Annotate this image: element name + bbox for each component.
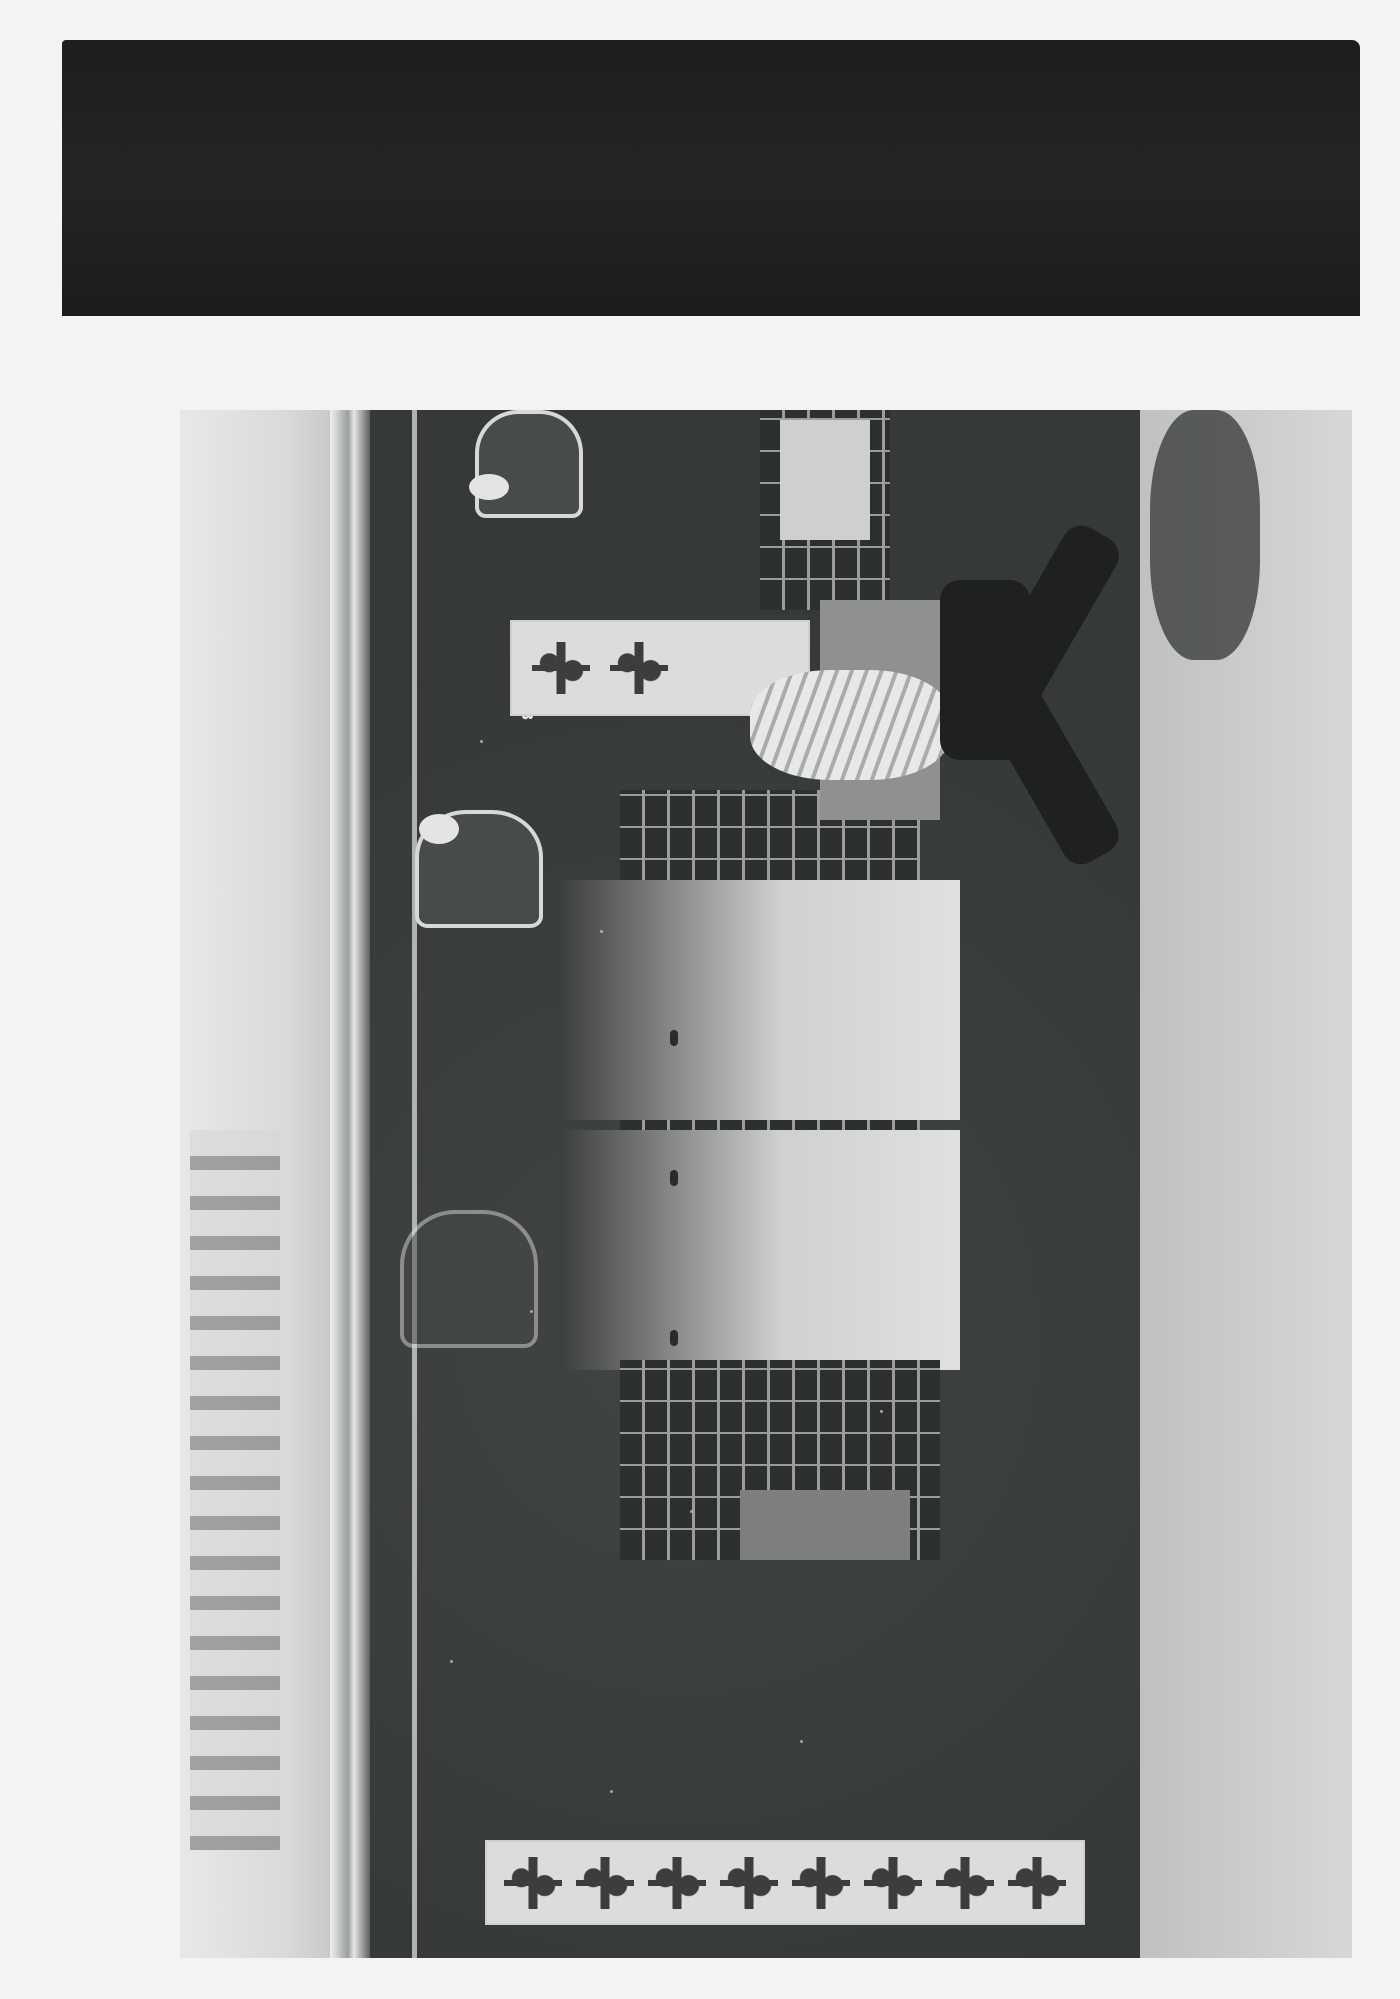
banner-glyph <box>936 1857 994 1909</box>
door-knob <box>670 1330 678 1346</box>
railing <box>190 1130 280 1850</box>
banner-glyph <box>720 1857 778 1909</box>
double-door <box>560 1130 960 1370</box>
door <box>560 880 960 1120</box>
banner-glyph <box>864 1857 922 1909</box>
banner-glyph <box>504 1857 562 1909</box>
window-top <box>780 420 870 540</box>
lantern-lower <box>400 1210 538 1348</box>
banner-glyph <box>532 642 590 694</box>
roof-eave <box>330 410 370 1958</box>
long-banner <box>485 1840 1085 1925</box>
banner-glyph <box>648 1857 706 1909</box>
banner-glyph <box>792 1857 850 1909</box>
banner-glyph <box>576 1857 634 1909</box>
vent-window <box>740 1490 910 1560</box>
lantern-cap <box>419 814 459 844</box>
black-band <box>62 40 1360 316</box>
storefront-photo: 238 <box>180 410 1352 1958</box>
lantern-top <box>475 410 583 518</box>
person-shirt <box>750 670 950 780</box>
banner-glyph <box>610 642 668 694</box>
shadow <box>1150 410 1260 660</box>
photo-mount-card: 238 <box>0 0 1400 1999</box>
wall-trim <box>412 410 417 1958</box>
lantern-cap <box>469 474 509 500</box>
banner-glyph <box>1008 1857 1066 1909</box>
door-knob <box>670 1030 678 1046</box>
lantern-middle <box>415 810 543 928</box>
door-knob <box>670 1170 678 1186</box>
